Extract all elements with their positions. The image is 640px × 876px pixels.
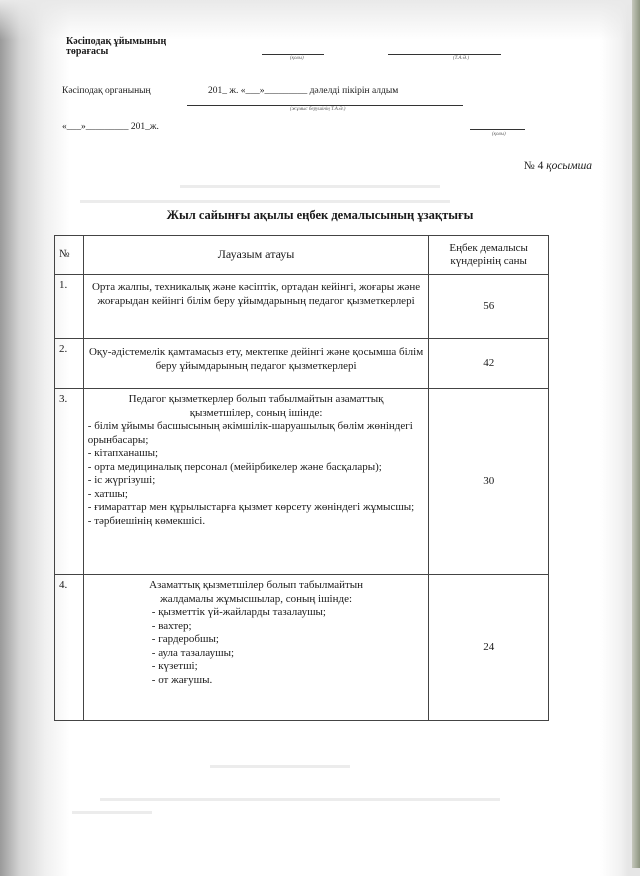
annex-word: қосымша (546, 160, 592, 172)
signature-line (262, 54, 324, 55)
row-position: Азаматтық қызметшілер болып табылмайтын … (83, 575, 429, 721)
bleed-through-text: ▬▬▬▬▬▬▬▬ (72, 806, 152, 817)
name-line (388, 54, 501, 55)
bleed-through-text: ▬▬▬▬▬▬▬▬▬▬▬▬▬▬▬▬▬▬▬▬▬▬▬▬▬▬▬▬▬▬▬▬▬▬▬▬▬ (80, 195, 450, 206)
row-position-title: Азаматтық қызметшілер болып табылмайтын … (88, 579, 425, 606)
row-num: 1. (55, 275, 84, 339)
row-position: Педагог қызметкерлер болып табылмайтын а… (83, 389, 429, 575)
table-row: 2. Оқу-әдістемелік қамтамасыз ету, мекте… (55, 339, 549, 389)
date-line: «___»_________ 201_ж. (62, 122, 159, 132)
employer-caption: (жұмыс берушінің Т.А.Ә.) (290, 107, 345, 112)
row-position-items: - қызметтік үй-жайларды тазалаушы;- вахт… (88, 606, 425, 687)
position-list-item: - білім ұйымы басшысының әкімшілік-шаруа… (88, 420, 425, 447)
position-list-item: - тәрбиешінің көмекшісі. (88, 515, 425, 529)
row-position: Оқу-әдістемелік қамтамасыз ету, мектепке… (83, 339, 429, 389)
signature-caption: (қолы) (290, 56, 304, 61)
union-body-label: Кәсіподақ органының (62, 86, 151, 96)
bleed-through-text: ▬▬▬▬▬▬▬▬▬▬▬▬▬▬▬▬▬▬▬▬▬▬▬▬▬▬ (180, 180, 440, 191)
signature-caption-2: (қолы) (492, 132, 506, 137)
row-days: 56 (429, 275, 549, 339)
position-list-item: - күзетші; (152, 660, 425, 674)
position-list-item: - кітапханашы; (88, 447, 425, 461)
position-list-item: - вахтер; (152, 620, 425, 634)
header-num: № (55, 236, 84, 275)
name-caption: (Т.А.Ә.) (453, 56, 469, 61)
position-list-item: - іс жүргізуші; (88, 474, 425, 488)
position-list-item: - орта медициналық персонал (мейірбикеле… (88, 461, 425, 475)
row-position-items: - білім ұйымы басшысының әкімшілік-шаруа… (88, 420, 425, 528)
table-row: 3. Педагог қызметкерлер болып табылмайты… (55, 389, 549, 575)
position-list-item: - ғимараттар мен құрылыстарға қызмет көр… (88, 501, 425, 515)
row-days: 42 (429, 339, 549, 389)
row-num: 3. (55, 389, 84, 575)
position-list-item: - хатшы; (88, 488, 425, 502)
annex-number: № 4 (524, 160, 544, 172)
row-days: 24 (429, 575, 549, 721)
header-days: Еңбек демалысы күндерінің саны (429, 236, 549, 275)
position-list-item: - аула тазалаушы; (152, 647, 425, 661)
bleed-through-text: ▬▬▬▬▬▬▬▬▬▬▬▬▬▬ (210, 760, 350, 771)
header-position: Лауазым атауы (83, 236, 429, 275)
row-num: 4. (55, 575, 84, 721)
signature-line-2 (470, 129, 525, 130)
scanned-page: ▬▬▬▬▬▬▬▬▬▬▬▬▬▬▬▬▬▬▬▬▬▬▬▬▬▬ ▬▬▬▬▬▬▬▬▬▬▬▬▬… (0, 0, 640, 876)
row-days: 30 (429, 389, 549, 575)
position-list-item: - от жағушы. (152, 674, 425, 688)
position-list-item: - қызметтік үй-жайларды тазалаушы; (152, 606, 425, 620)
employer-name-line (187, 105, 463, 106)
table-header-row: № Лауазым атауы Еңбек демалысы күндеріні… (55, 236, 549, 275)
bleed-through-text: ▬▬▬▬▬▬▬▬▬▬▬▬▬▬▬▬▬▬▬▬▬▬▬▬▬▬▬▬▬▬▬▬▬▬▬▬▬▬▬▬ (100, 793, 500, 804)
position-list-item: - гардеробшы; (152, 633, 425, 647)
union-chair-label-2: төрағасы (66, 46, 108, 57)
document-title: Жыл сайынғы ақылы еңбек демалысының ұзақ… (0, 208, 640, 223)
leave-duration-table: № Лауазым атауы Еңбек демалысы күндеріні… (54, 235, 549, 721)
row-position-title: Педагог қызметкерлер болып табылмайтын а… (88, 393, 425, 420)
opinion-date-line: 201_ ж. «___»_________ дәлелді пікірін а… (208, 86, 398, 96)
table-row: 4. Азаматтық қызметшілер болып табылмайт… (55, 575, 549, 721)
row-position: Орта жалпы, техникалық және кәсіптік, ор… (83, 275, 429, 339)
row-num: 2. (55, 339, 84, 389)
annex-label: № 4 қосымша (524, 160, 592, 172)
table-row: 1. Орта жалпы, техникалық және кәсіптік,… (55, 275, 549, 339)
